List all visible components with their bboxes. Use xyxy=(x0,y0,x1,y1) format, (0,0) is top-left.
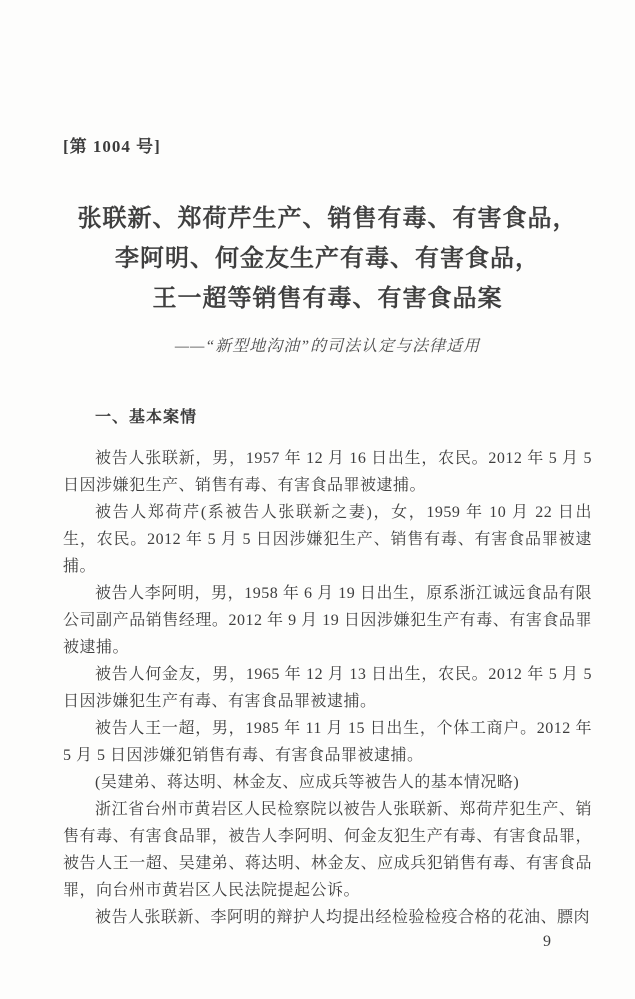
page-number: 9 xyxy=(543,933,551,951)
paragraph-other-defendants-note: (吴建弟、蒋达明、林金友、应成兵等被告人的基本情况略) xyxy=(63,769,592,796)
paragraph-defendant-wangyichao: 被告人王一超，男，1985 年 11 月 15 日出生，个体工商户。2012 年… xyxy=(63,715,592,769)
case-number: [第 1004 号] xyxy=(63,132,592,157)
case-title-line-1: 张联新、郑荷芹生产、销售有毒、有害食品， xyxy=(63,199,592,239)
section-heading-basic-facts: 一、基本案情 xyxy=(63,404,592,427)
book-page: [第 1004 号] 张联新、郑荷芹生产、销售有毒、有害食品， 李阿明、何金友生… xyxy=(0,0,635,999)
case-title-line-2: 李阿明、何金友生产有毒、有害食品， xyxy=(63,239,592,279)
paragraph-defendant-zhanglianxin: 被告人张联新，男，1957 年 12 月 16 日出生，农民。2012 年 5 … xyxy=(63,445,592,499)
paragraph-defendant-zhengheqin: 被告人郑荷芹(系被告人张联新之妻)，女，1959 年 10 月 22 日出生，农… xyxy=(63,499,592,580)
body-text: 被告人张联新，男，1957 年 12 月 16 日出生，农民。2012 年 5 … xyxy=(63,445,592,931)
case-subtitle: ——“新型地沟油”的司法认定与法律适用 xyxy=(63,333,592,356)
paragraph-defense-argument: 被告人张联新、李阿明的辩护人均提出经检验检疫合格的花油、膘肉 xyxy=(63,904,592,931)
case-title: 张联新、郑荷芹生产、销售有毒、有害食品， 李阿明、何金友生产有毒、有害食品， 王… xyxy=(63,199,592,319)
paragraph-prosecution: 浙江省台州市黄岩区人民检察院以被告人张联新、郑荷芹犯生产、销售有毒、有害食品罪，… xyxy=(63,796,592,904)
paragraph-defendant-liaming: 被告人李阿明，男，1958 年 6 月 19 日出生，原系浙江诚远食品有限公司副… xyxy=(63,580,592,661)
case-title-line-3: 王一超等销售有毒、有害食品案 xyxy=(63,279,592,319)
paragraph-defendant-hejinyou: 被告人何金友，男，1965 年 12 月 13 日出生，农民。2012 年 5 … xyxy=(63,661,592,715)
